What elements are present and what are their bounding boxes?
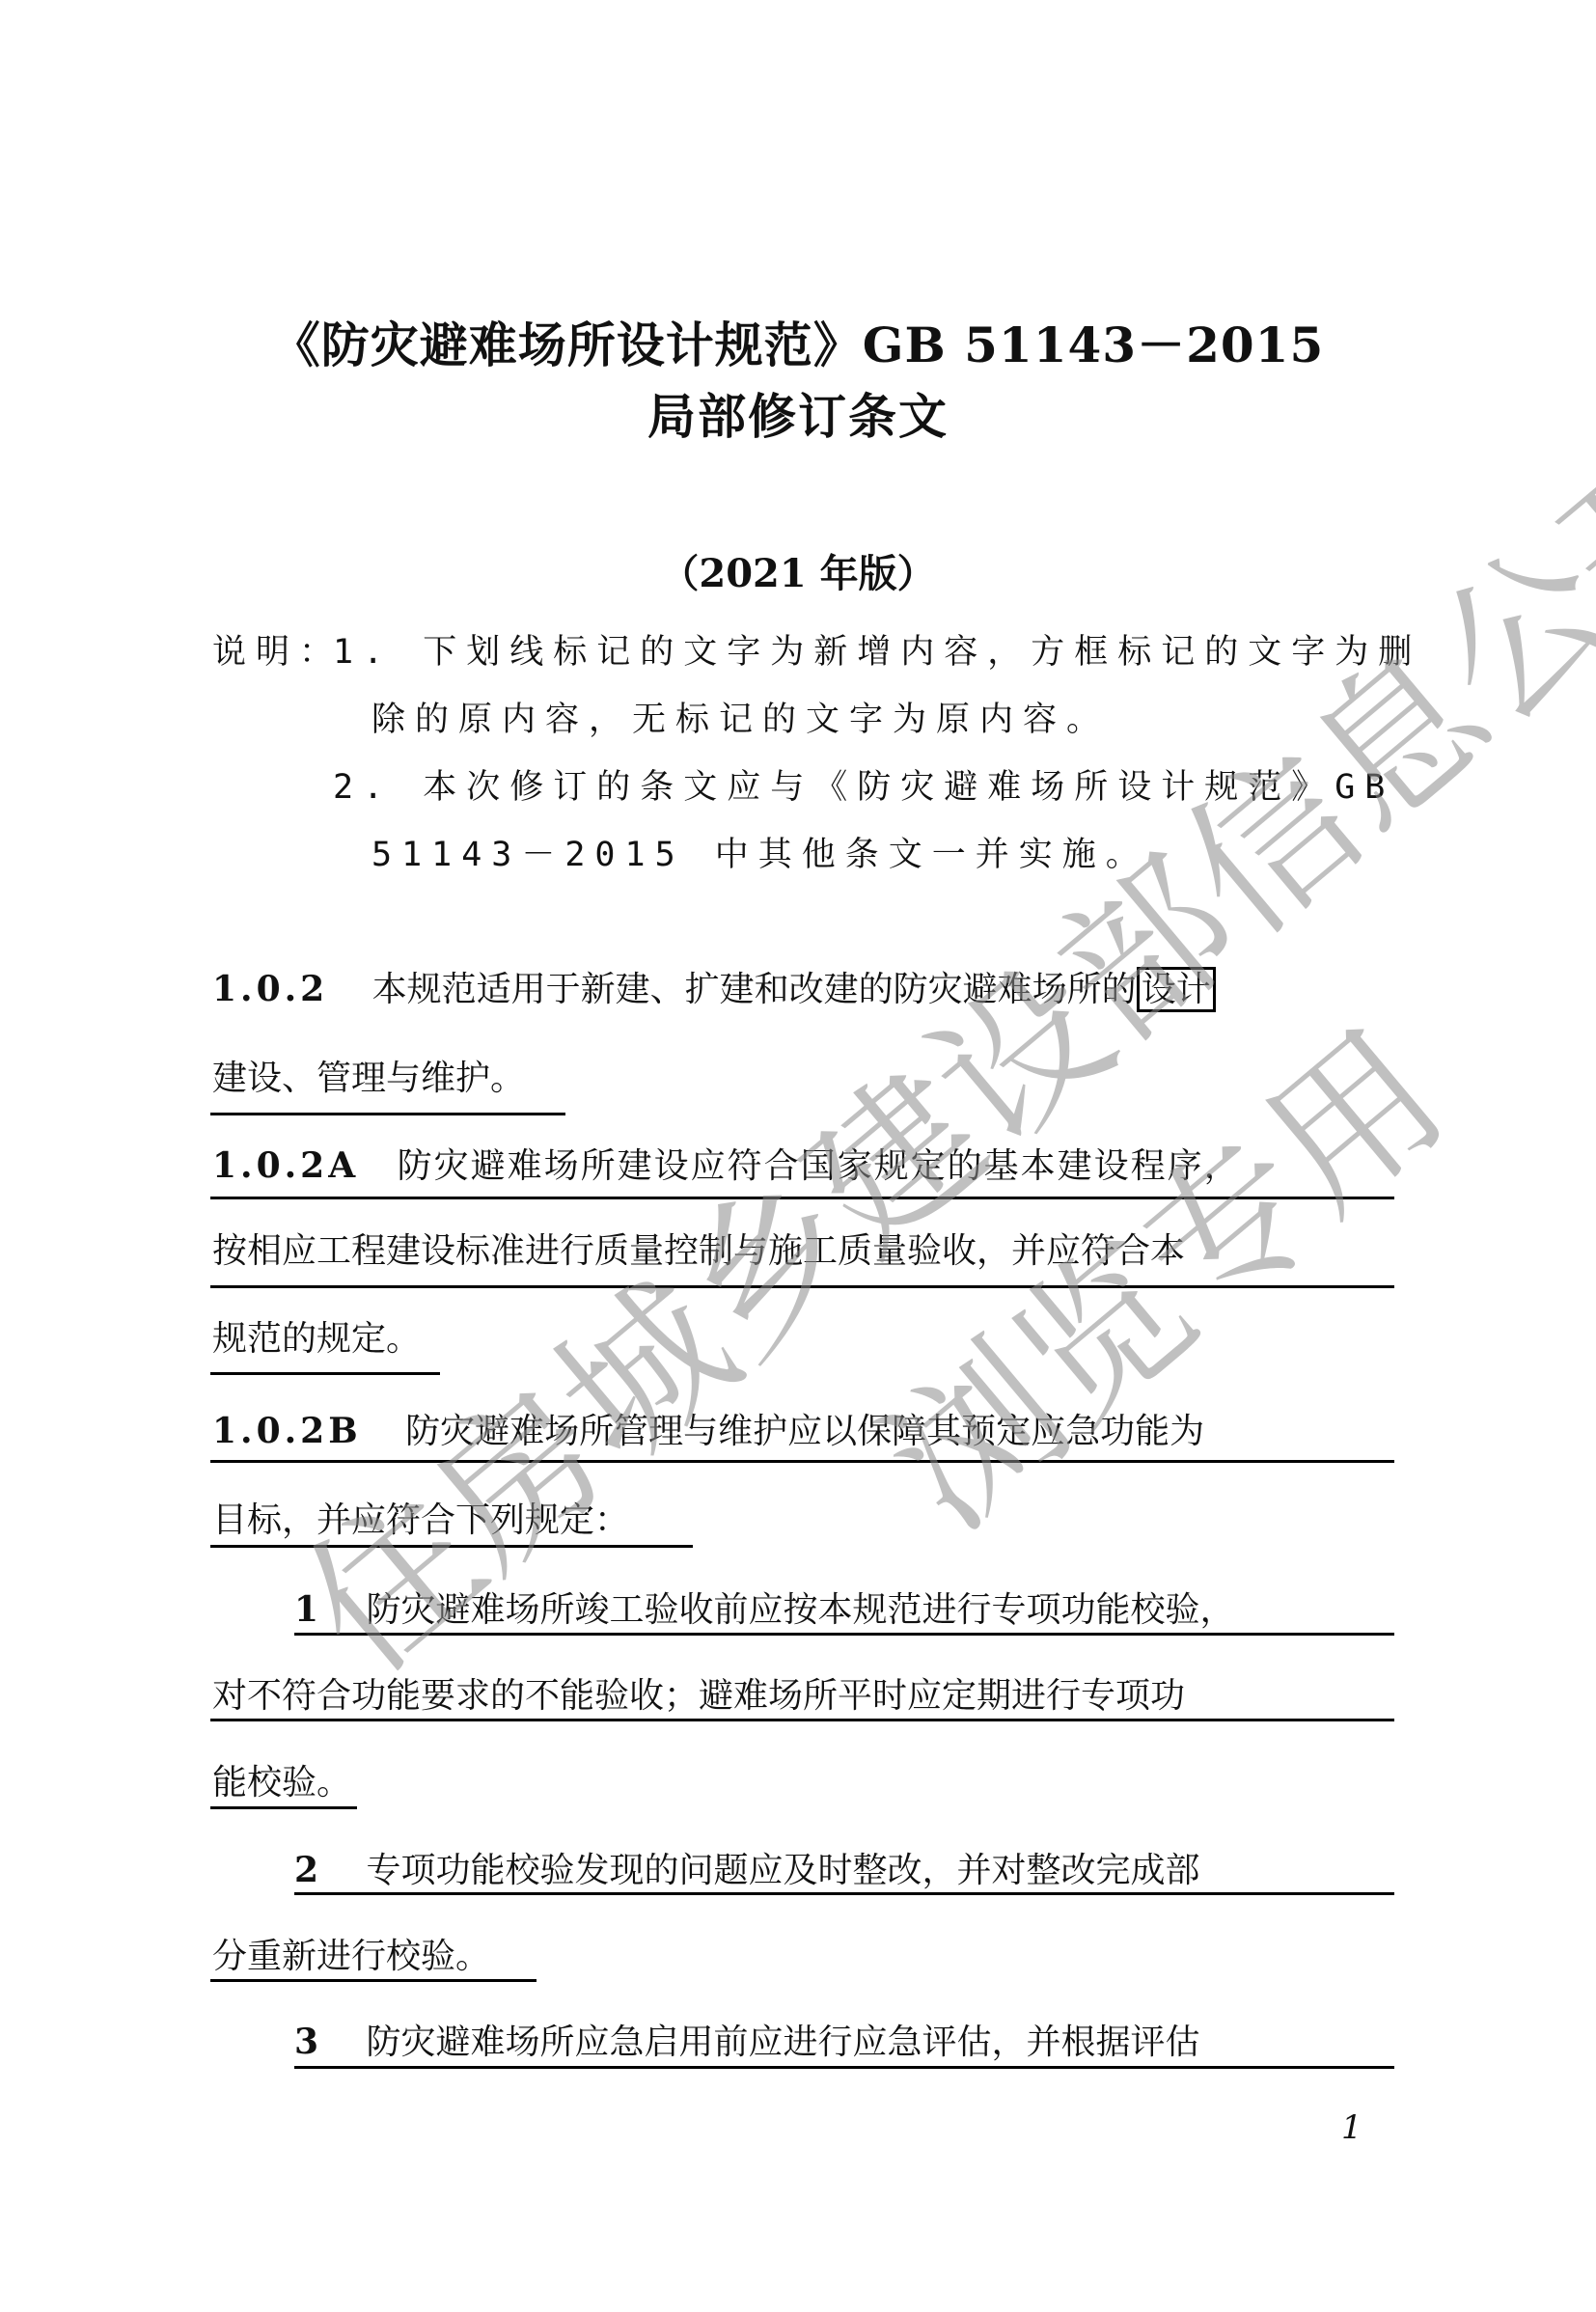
item-text: 专项功能校验发现的问题应及时整改，并对整改完成部 <box>367 1851 1200 1890</box>
underline <box>210 1285 1394 1288</box>
document-title: 《防灾避难场所设计规范》GB 51143－2015 <box>0 307 1596 376</box>
document-subtitle: 局部修订条文 <box>0 378 1596 448</box>
underline <box>210 1460 1394 1463</box>
item-number: 1 <box>294 1589 322 1630</box>
clause-1-0-2b-line-1: 1.0.2B 防灾避难场所管理与维护应以保障其预定应急功能为 <box>212 1409 1394 1453</box>
added-text: 规范的规定。 <box>212 1319 421 1359</box>
notes-label: 说明： <box>212 625 343 674</box>
clause-number: 1.0.2A <box>212 1145 359 1186</box>
underline <box>210 1545 693 1548</box>
clause-1-0-2a-line-1: 1.0.2A 防灾避难场所建设应符合国家规定的基本建设程序， <box>212 1143 1394 1188</box>
clause-1-0-2-line-1: 1.0.2 本规范适用于新建、扩建和改建的防灾避难场所的设计 <box>212 967 1394 1011</box>
item-2-line-1: 2 专项功能校验发现的问题应及时整改，并对整改完成部 <box>294 1848 1476 1892</box>
clause-1-0-2a-line-2: 按相应工程建设标准进行质量控制与施工质量验收，并应符合本 <box>212 1229 1394 1274</box>
added-text: 建设、管理与维护。 <box>212 1059 525 1098</box>
clause-text: 防灾避难场所管理与维护应以保障其预定应急功能为 <box>405 1412 1204 1451</box>
underline <box>294 2066 1394 2069</box>
added-text: 分重新进行校验。 <box>212 1937 490 1976</box>
note-item-2-line-2: 51143－2015 中其他条文一并实施。 <box>371 828 1149 876</box>
underline <box>210 1113 565 1115</box>
added-text: 能校验。 <box>212 1763 351 1803</box>
item-3-line-1: 3 防灾避难场所应急启用前应进行应急评估，并根据评估 <box>294 2020 1476 2064</box>
deleted-text-box: 设计 <box>1137 967 1216 1012</box>
added-text: 按相应工程建设标准进行质量控制与施工质量验收，并应符合本 <box>212 1231 1185 1271</box>
item-2-line-2: 分重新进行校验。 <box>212 1935 1394 1979</box>
item-1-line-2: 对不符合功能要求的不能验收；避难场所平时应定期进行专项功 <box>212 1674 1394 1719</box>
underline <box>210 1372 440 1375</box>
item-number: 3 <box>294 2022 322 2062</box>
clause-1-0-2a-line-3: 规范的规定。 <box>212 1317 1394 1362</box>
item-text: 防灾避难场所竣工验收前应按本规范进行专项功能校验， <box>367 1590 1235 1630</box>
clause-text: 本规范适用于新建、扩建和改建的防灾避难场所的 <box>372 970 1137 1009</box>
page-number: 1 <box>1341 2108 1362 2147</box>
underline <box>210 1719 1394 1721</box>
clause-number: 1.0.2B <box>212 1411 362 1451</box>
item-1-line-3: 能校验。 <box>212 1761 1394 1805</box>
item-1-line-1: 1 防灾避难场所竣工验收前应按本规范进行专项功能校验， <box>294 1587 1476 1632</box>
edition-label: （2021 年版） <box>0 543 1596 598</box>
item-number: 2 <box>294 1850 322 1890</box>
document-page: 《防灾避难场所设计规范》GB 51143－2015 局部修订条文 （2021 年… <box>0 0 1596 2312</box>
added-text: 目标，并应符合下列规定： <box>212 1500 629 1540</box>
underline <box>210 1979 537 1982</box>
clause-1-0-2-line-2: 建设、管理与维护。 <box>212 1057 1394 1101</box>
underline <box>210 1197 1394 1199</box>
note-item-1-line-1: 1. 下划线标记的文字为新增内容，方框标记的文字为删 <box>333 625 1421 674</box>
underline <box>210 1806 357 1809</box>
underline <box>294 1892 1394 1895</box>
clause-1-0-2b-line-2: 目标，并应符合下列规定： <box>212 1499 1394 1543</box>
item-text: 防灾避难场所应急启用前应进行应急评估，并根据评估 <box>367 2023 1200 2062</box>
note-item-2-line-1: 2. 本次修订的条文应与《防灾避难场所设计规范》GB <box>333 760 1394 809</box>
note-item-1-line-2: 除的原内容，无标记的文字为原内容。 <box>371 693 1110 741</box>
added-text: 对不符合功能要求的不能验收；避难场所平时应定期进行专项功 <box>212 1676 1185 1716</box>
clause-text: 防灾避难场所建设应符合国家规定的基本建设程序， <box>398 1146 1241 1186</box>
underline <box>294 1633 1394 1636</box>
clause-number: 1.0.2 <box>212 969 328 1009</box>
